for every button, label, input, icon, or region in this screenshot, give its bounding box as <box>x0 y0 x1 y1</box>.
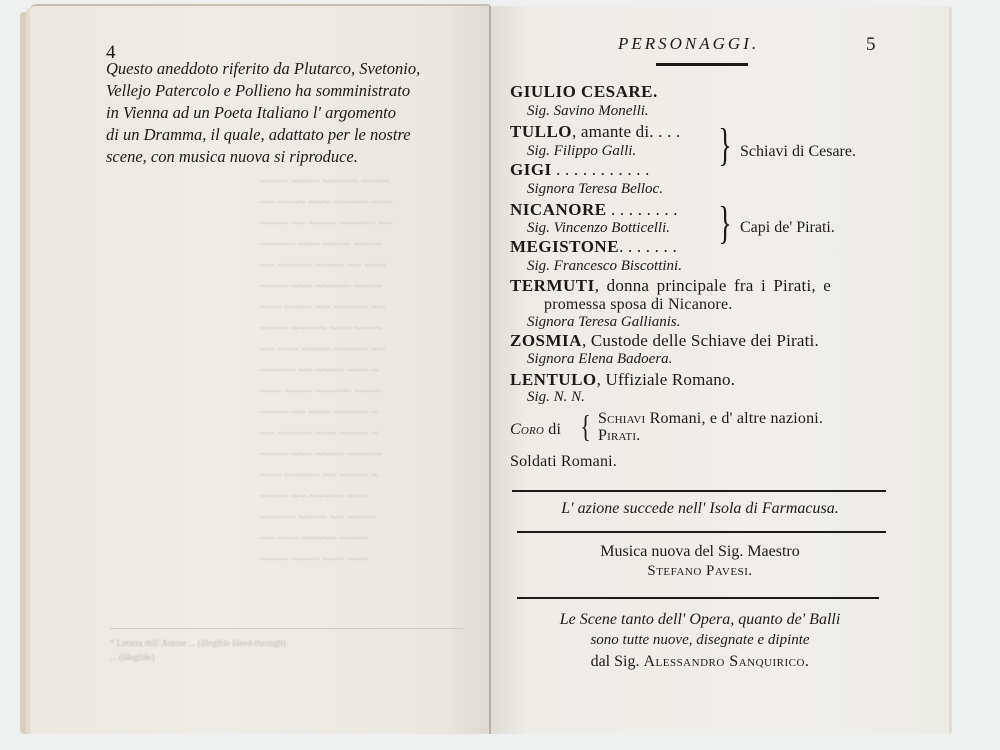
right-brace: } <box>718 122 731 168</box>
character-label: TERMUTI <box>510 276 595 295</box>
chorus-group: Pirati. <box>598 427 640 444</box>
character-name: GIGI . . . . . . . . . . . <box>510 160 650 180</box>
composer-name: Stefano Pavesi. <box>510 563 890 580</box>
open-book: ~~~~ ~~~~ ~~~~~ ~~~~~~ ~~~~ ~~~ ~~~~~ ~~… <box>0 0 1000 750</box>
actor-name: Sig. N. N. <box>527 389 585 406</box>
actor-name: Sig. Francesco Biscottini. <box>527 258 682 275</box>
scenes-line: sono tutte nuove, disegnate e dipinte <box>510 632 890 649</box>
character-role: , Uffiziale Romano. <box>597 370 736 389</box>
footnote-rule <box>110 628 465 629</box>
character-role: . . . . . . . . <box>607 200 678 219</box>
paragraph-line: di un Dramma, il quale, adattato per le … <box>106 124 474 146</box>
chorus-group: Schiavi <box>598 410 645 427</box>
actor-name: Signora Elena Badoera. <box>527 351 672 368</box>
left-brace: { <box>580 410 591 442</box>
character-role: , Custode delle Schiave dei Pirati. <box>582 331 819 350</box>
scenes-line: Le Scene tanto dell' Opera, quanto de' B… <box>510 611 890 629</box>
right-brace: } <box>718 200 731 246</box>
left-page-paragraph: Questo aneddoto riferito da Plutarco, Sv… <box>106 58 474 168</box>
character-name: NICANORE . . . . . . . . <box>510 200 678 220</box>
chorus-desc: Romani, e d' altre nazioni. <box>645 410 823 427</box>
chorus-line: Schiavi Romani, e d' altre nazioni. <box>598 410 823 428</box>
heading-rule <box>656 63 748 66</box>
actor-name: Signora Teresa Gallianis. <box>527 314 681 331</box>
character-label: MEGISTONE <box>510 237 619 256</box>
actor-name: Sig. Filippo Galli. <box>527 143 636 160</box>
character-name: MEGISTONE. . . . . . . <box>510 237 677 257</box>
actor-name: Sig. Savino Monelli. <box>527 103 649 120</box>
group-label: Capi de' Pirati. <box>740 219 835 237</box>
character-label: GIULIO CESARE. <box>510 82 658 101</box>
paragraph-line: Vellejo Patercolo e Pollieno ha somminis… <box>106 80 474 102</box>
chorus-di: di <box>544 421 561 438</box>
footnote: * Lettera dell' Autore ... (illegible bl… <box>110 636 480 664</box>
character-name: ZOSMIA, Custode delle Schiave dei Pirati… <box>510 331 819 351</box>
paragraph-line: scene, con musica nuova si riproduce. <box>106 146 474 168</box>
divider-rule <box>512 490 886 492</box>
character-role: . . . . . . . <box>619 237 677 256</box>
actor-name: Signora Teresa Belloc. <box>527 181 663 198</box>
soldiers-line: Soldati Romani. <box>510 453 617 471</box>
chorus-prefix: Coro <box>510 421 544 438</box>
character-label: LENTULO <box>510 370 597 389</box>
character-role: . . . . . . . . . . . <box>552 160 650 179</box>
setting-line: L' azione succede nell' Isola di Farmacu… <box>510 500 890 518</box>
divider-rule <box>517 597 879 599</box>
designer-name: Alessandro Sanquirico. <box>643 653 809 670</box>
scenes-line: dal Sig. Alessandro Sanquirico. <box>510 653 890 671</box>
character-name: LENTULO, Uffiziale Romano. <box>510 370 735 390</box>
scenes-prefix: dal Sig. <box>591 653 644 670</box>
page-number-right: 5 <box>866 34 876 56</box>
paragraph-line: Questo aneddoto riferito da Plutarco, Sv… <box>106 58 474 80</box>
footnote-line: ... (illegible) <box>110 650 480 664</box>
character-label: NICANORE <box>510 200 607 219</box>
divider-rule <box>517 531 886 533</box>
actor-name: Sig. Vincenzo Botticelli. <box>527 220 670 237</box>
footnote-line: * Lettera dell' Autore ... (illegible bl… <box>110 636 480 650</box>
character-role-continued: promessa sposa di Nicanore. <box>544 296 732 314</box>
character-label: ZOSMIA <box>510 331 582 350</box>
paragraph-line: in Vienna ad un Poeta Italiano l' argome… <box>106 102 474 124</box>
chorus-line: Pirati. <box>598 427 640 445</box>
character-label: GIGI <box>510 160 552 179</box>
character-name: GIULIO CESARE. <box>510 82 658 102</box>
character-name: TULLO, amante di. . . . <box>510 122 680 142</box>
chorus-label: Coro di <box>510 421 561 439</box>
bleed-through-text: ~~~~ ~~~~ ~~~~~ ~~~~~~ ~~~~ ~~~ ~~~~~ ~~… <box>260 170 480 569</box>
group-label: Schiavi di Cesare. <box>740 143 856 161</box>
music-line: Musica nuova del Sig. Maestro <box>510 543 890 561</box>
character-role: , amante di. . . . <box>572 122 680 141</box>
page-heading: PERSONAGGI. <box>618 34 759 54</box>
character-name: TERMUTI, donna principale fra i Pirati, … <box>510 276 831 296</box>
character-role: , donna principale fra i Pirati, e <box>595 276 831 295</box>
character-label: TULLO <box>510 122 572 141</box>
